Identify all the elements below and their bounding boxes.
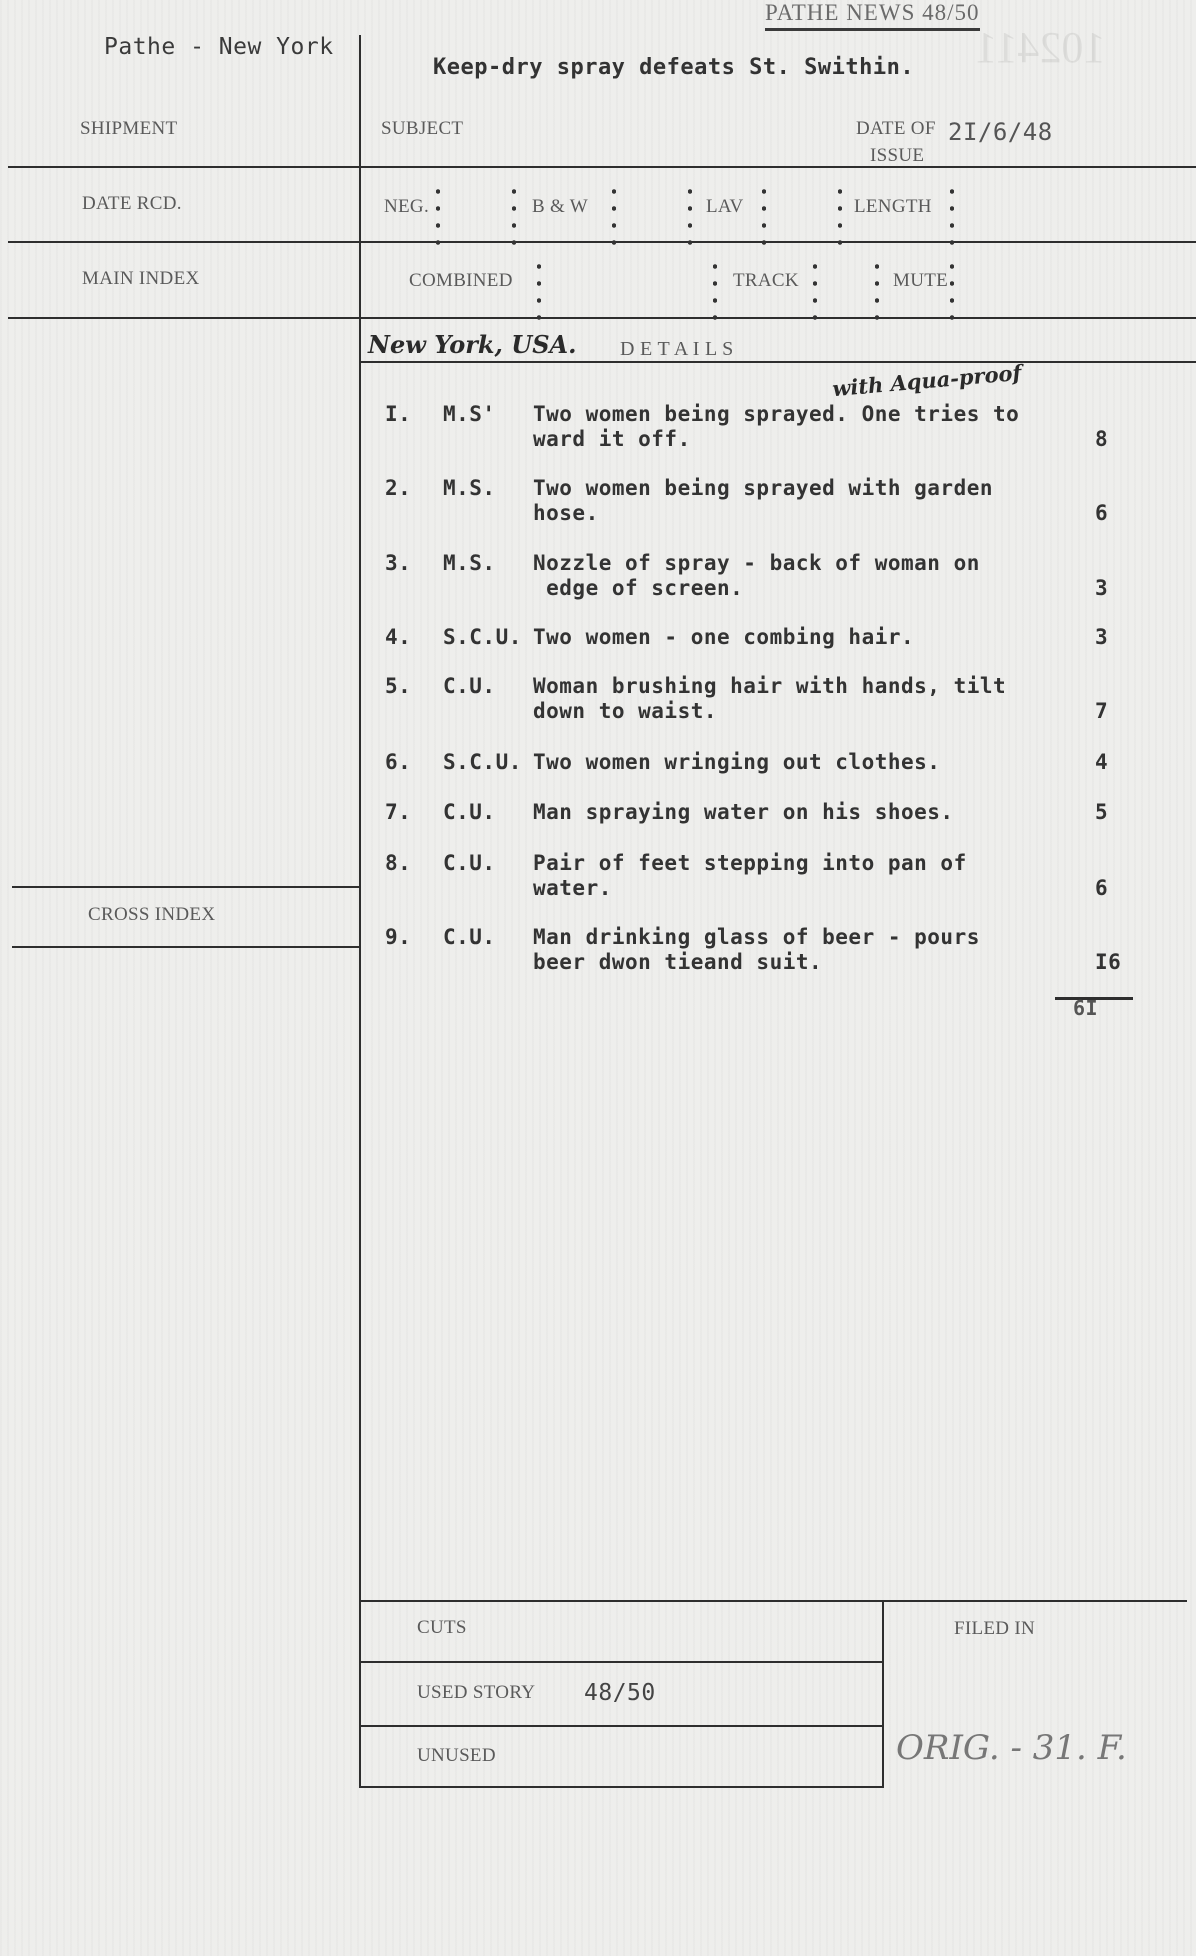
detail-item-shot-type: C.U. (443, 674, 496, 698)
rule-footer-top (359, 1600, 1187, 1602)
main-index-label: MAIN INDEX (82, 268, 200, 290)
combined-field-dots (537, 258, 541, 326)
detail-item-number: 8. (385, 851, 411, 875)
detail-item-length: 6 (1095, 876, 1108, 900)
annotation-handwritten: with Aqua-proof (831, 360, 1022, 401)
bw-field-dots-right (612, 183, 616, 251)
detail-item-shot-type: M.S. (443, 476, 496, 500)
rule-date-rcd (8, 241, 1196, 243)
footer-divider (882, 1600, 884, 1788)
rule-main-index (8, 317, 1196, 319)
detail-item-shot-type: M.S. (443, 551, 496, 575)
detail-item-shot-type: M.S' (443, 402, 496, 426)
detail-item-description: Man drinking glass of beer - pours beer … (533, 925, 980, 975)
neg-label: NEG. (384, 196, 429, 218)
bleed-through-text: 102411 (975, 22, 1105, 73)
rule-header (8, 166, 1196, 168)
used-story-label: USED STORY (417, 1682, 535, 1704)
cross-index-label: CROSS INDEX (88, 904, 215, 926)
date-rcd-label: DATE RCD. (82, 193, 182, 215)
track-field-dots-right (813, 258, 817, 326)
track-label: TRACK (733, 270, 799, 292)
detail-item-description: Woman brushing hair with hands, tilt dow… (533, 674, 1006, 724)
location-handwritten: New York, USA. (368, 330, 577, 359)
rule-details (359, 361, 1196, 363)
rule-footer-bottom (359, 1786, 884, 1788)
length-field-dots-right (950, 183, 954, 251)
lav-field-dots-left (688, 183, 692, 251)
detail-item-length: 5 (1095, 800, 1108, 824)
subject-value: Keep-dry spray defeats St. Swithin. (433, 55, 914, 80)
used-story-value: 48/50 (584, 1680, 656, 1706)
lav-label: LAV (706, 196, 744, 218)
details-heading: D E T A I L S (620, 338, 734, 361)
detail-item-length: 8 (1095, 427, 1108, 451)
date-of-issue-label-issue: ISSUE (870, 145, 924, 167)
length-field-dots-left (838, 183, 842, 251)
detail-item-number: 6. (385, 750, 411, 774)
detail-item-shot-type: S.C.U. (443, 750, 522, 774)
detail-item-description: Pair of feet stepping into pan of water. (533, 851, 967, 901)
mute-field-dots-right (950, 258, 954, 326)
detail-item-number: 9. (385, 925, 411, 949)
detail-item-description: Two women wringing out clothes. (533, 750, 940, 775)
combined-label: COMBINED (409, 270, 513, 292)
cuts-label: CUTS (417, 1617, 467, 1639)
rule-used-story (359, 1725, 883, 1727)
detail-item-number: 2. (385, 476, 411, 500)
reference-stamp: PATHE NEWS 48/50 (765, 0, 980, 31)
lav-field-dots-right (762, 183, 766, 251)
detail-item-shot-type: S.C.U. (443, 625, 522, 649)
neg-field-dots (436, 183, 440, 251)
bw-field-dots-left (512, 183, 516, 251)
bw-label: B & W (532, 196, 588, 218)
detail-item-description: Nozzle of spray - back of woman on edge … (533, 551, 980, 601)
detail-item-description: Two women - one combing hair. (533, 625, 914, 650)
track-field-dots-left (713, 258, 717, 326)
detail-item-description: Two women being sprayed. One tries to wa… (533, 402, 1019, 452)
filed-in-label: FILED IN (954, 1618, 1035, 1640)
length-label: LENGTH (854, 196, 932, 218)
total-length: 6I (1073, 996, 1098, 1020)
rule-cross-index-top (12, 886, 360, 888)
unused-label: UNUSED (417, 1745, 496, 1767)
detail-item-shot-type: C.U. (443, 851, 496, 875)
detail-item-description: Man spraying water on his shoes. (533, 800, 954, 825)
detail-item-number: I. (385, 402, 411, 426)
detail-item-shot-type: C.U. (443, 800, 496, 824)
detail-item-number: 4. (385, 625, 411, 649)
mute-field-dots-left (875, 258, 879, 326)
detail-item-shot-type: C.U. (443, 925, 496, 949)
date-of-issue-value: 2I/6/48 (948, 118, 1053, 146)
detail-item-length: 7 (1095, 699, 1108, 723)
detail-item-number: 3. (385, 551, 411, 575)
rule-cuts (359, 1661, 883, 1663)
detail-item-number: 7. (385, 800, 411, 824)
detail-item-length: 3 (1095, 576, 1108, 600)
column-divider (359, 35, 361, 1787)
shipment-value: Pathe - New York (104, 34, 334, 60)
detail-item-length: 6 (1095, 501, 1108, 525)
filed-in-value: ORIG. - 31. F. (896, 1728, 1127, 1768)
detail-item-number: 5. (385, 674, 411, 698)
date-of-issue-label: DATE OF (856, 118, 936, 140)
detail-item-length: 3 (1095, 625, 1108, 649)
subject-label: SUBJECT (381, 118, 463, 140)
shipment-label: SHIPMENT (80, 118, 177, 140)
rule-cross-index-bottom (12, 946, 360, 948)
detail-item-length: I6 (1095, 950, 1121, 974)
detail-item-description: Two women being sprayed with garden hose… (533, 476, 993, 526)
detail-item-length: 4 (1095, 750, 1108, 774)
mute-label: MUTE (893, 270, 948, 292)
